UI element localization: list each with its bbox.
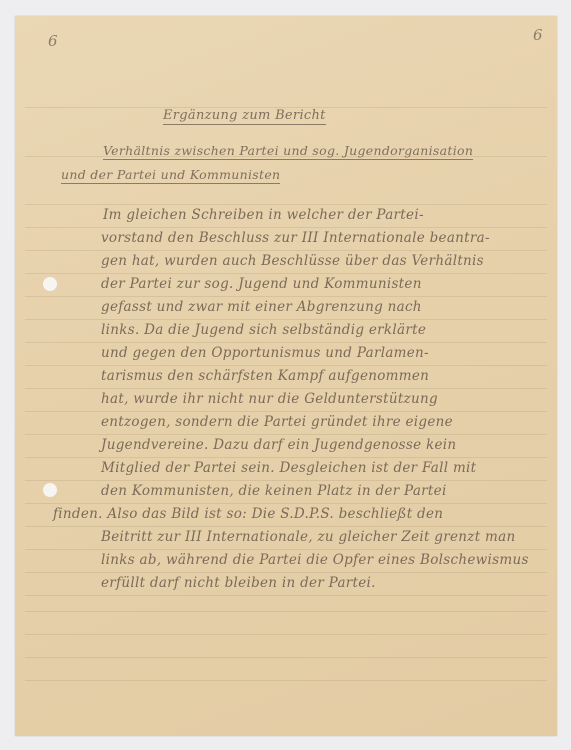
ruled-line <box>25 595 547 596</box>
body-line: und gegen den Opportunismus und Parlamen… <box>101 345 429 361</box>
body-line: finden. Also das Bild ist so: Die S.D.P.… <box>53 506 443 522</box>
ruled-line <box>25 342 547 343</box>
ruled-line <box>25 411 547 412</box>
body-line: hat, wurde ihr nicht nur die Geldunterst… <box>101 391 438 407</box>
body-line: entzogen, sondern die Partei gründet ihr… <box>101 414 453 430</box>
ruled-line <box>25 634 547 635</box>
body-line: Beitritt zur III Internationale, zu glei… <box>101 529 515 545</box>
ruled-line <box>25 526 547 527</box>
ruled-line <box>25 434 547 435</box>
body-line: der Partei zur sog. Jugend und Kommunist… <box>101 276 422 292</box>
ruled-line <box>25 273 547 274</box>
body-line: links. Da die Jugend sich selbständig er… <box>101 322 426 338</box>
body-line: tarismus den schärfsten Kampf aufgenomme… <box>101 368 429 384</box>
ruled-line <box>25 227 547 228</box>
subtitle-line-2: und der Partei und Kommunisten <box>61 167 280 184</box>
ruled-line <box>25 657 547 658</box>
ruled-line <box>25 296 547 297</box>
body-line: Jugendvereine. Dazu darf ein Jugendgenos… <box>101 437 456 453</box>
ruled-line <box>25 204 547 205</box>
page-number-right: 6 <box>533 26 543 44</box>
body-line: erfüllt darf nicht bleiben in der Partei… <box>101 575 376 591</box>
ruled-line <box>25 572 547 573</box>
ruled-line <box>25 250 547 251</box>
ruled-line <box>25 503 547 504</box>
punch-hole <box>43 277 57 291</box>
ruled-line <box>25 611 547 612</box>
page-number-left: 6 <box>48 32 58 50</box>
body-line: links ab, während die Partei die Opfer e… <box>101 552 529 568</box>
document-title: Ergänzung zum Bericht <box>163 108 326 125</box>
ruled-line <box>25 319 547 320</box>
ruled-line <box>25 457 547 458</box>
subtitle-line-1: Verhältnis zwischen Partei und sog. Juge… <box>103 143 473 160</box>
punch-hole <box>43 483 57 497</box>
body-line: den Kommunisten, die keinen Platz in der… <box>101 483 447 499</box>
ruled-line <box>25 365 547 366</box>
body-line: gen hat, wurden auch Beschlüsse über das… <box>101 253 484 269</box>
ruled-line <box>25 480 547 481</box>
ruled-line <box>25 388 547 389</box>
body-line: Mitglied der Partei sein. Desgleichen is… <box>101 460 476 476</box>
document-page: 6 6 Ergänzung zum Bericht Verhältnis zwi… <box>15 16 557 736</box>
ruled-line <box>25 680 547 681</box>
ruled-line <box>25 549 547 550</box>
body-line: Im gleichen Schreiben in welcher der Par… <box>103 207 424 223</box>
body-line: gefasst und zwar mit einer Abgrenzung na… <box>101 299 422 315</box>
body-line: vorstand den Beschluss zur III Internati… <box>101 230 490 246</box>
